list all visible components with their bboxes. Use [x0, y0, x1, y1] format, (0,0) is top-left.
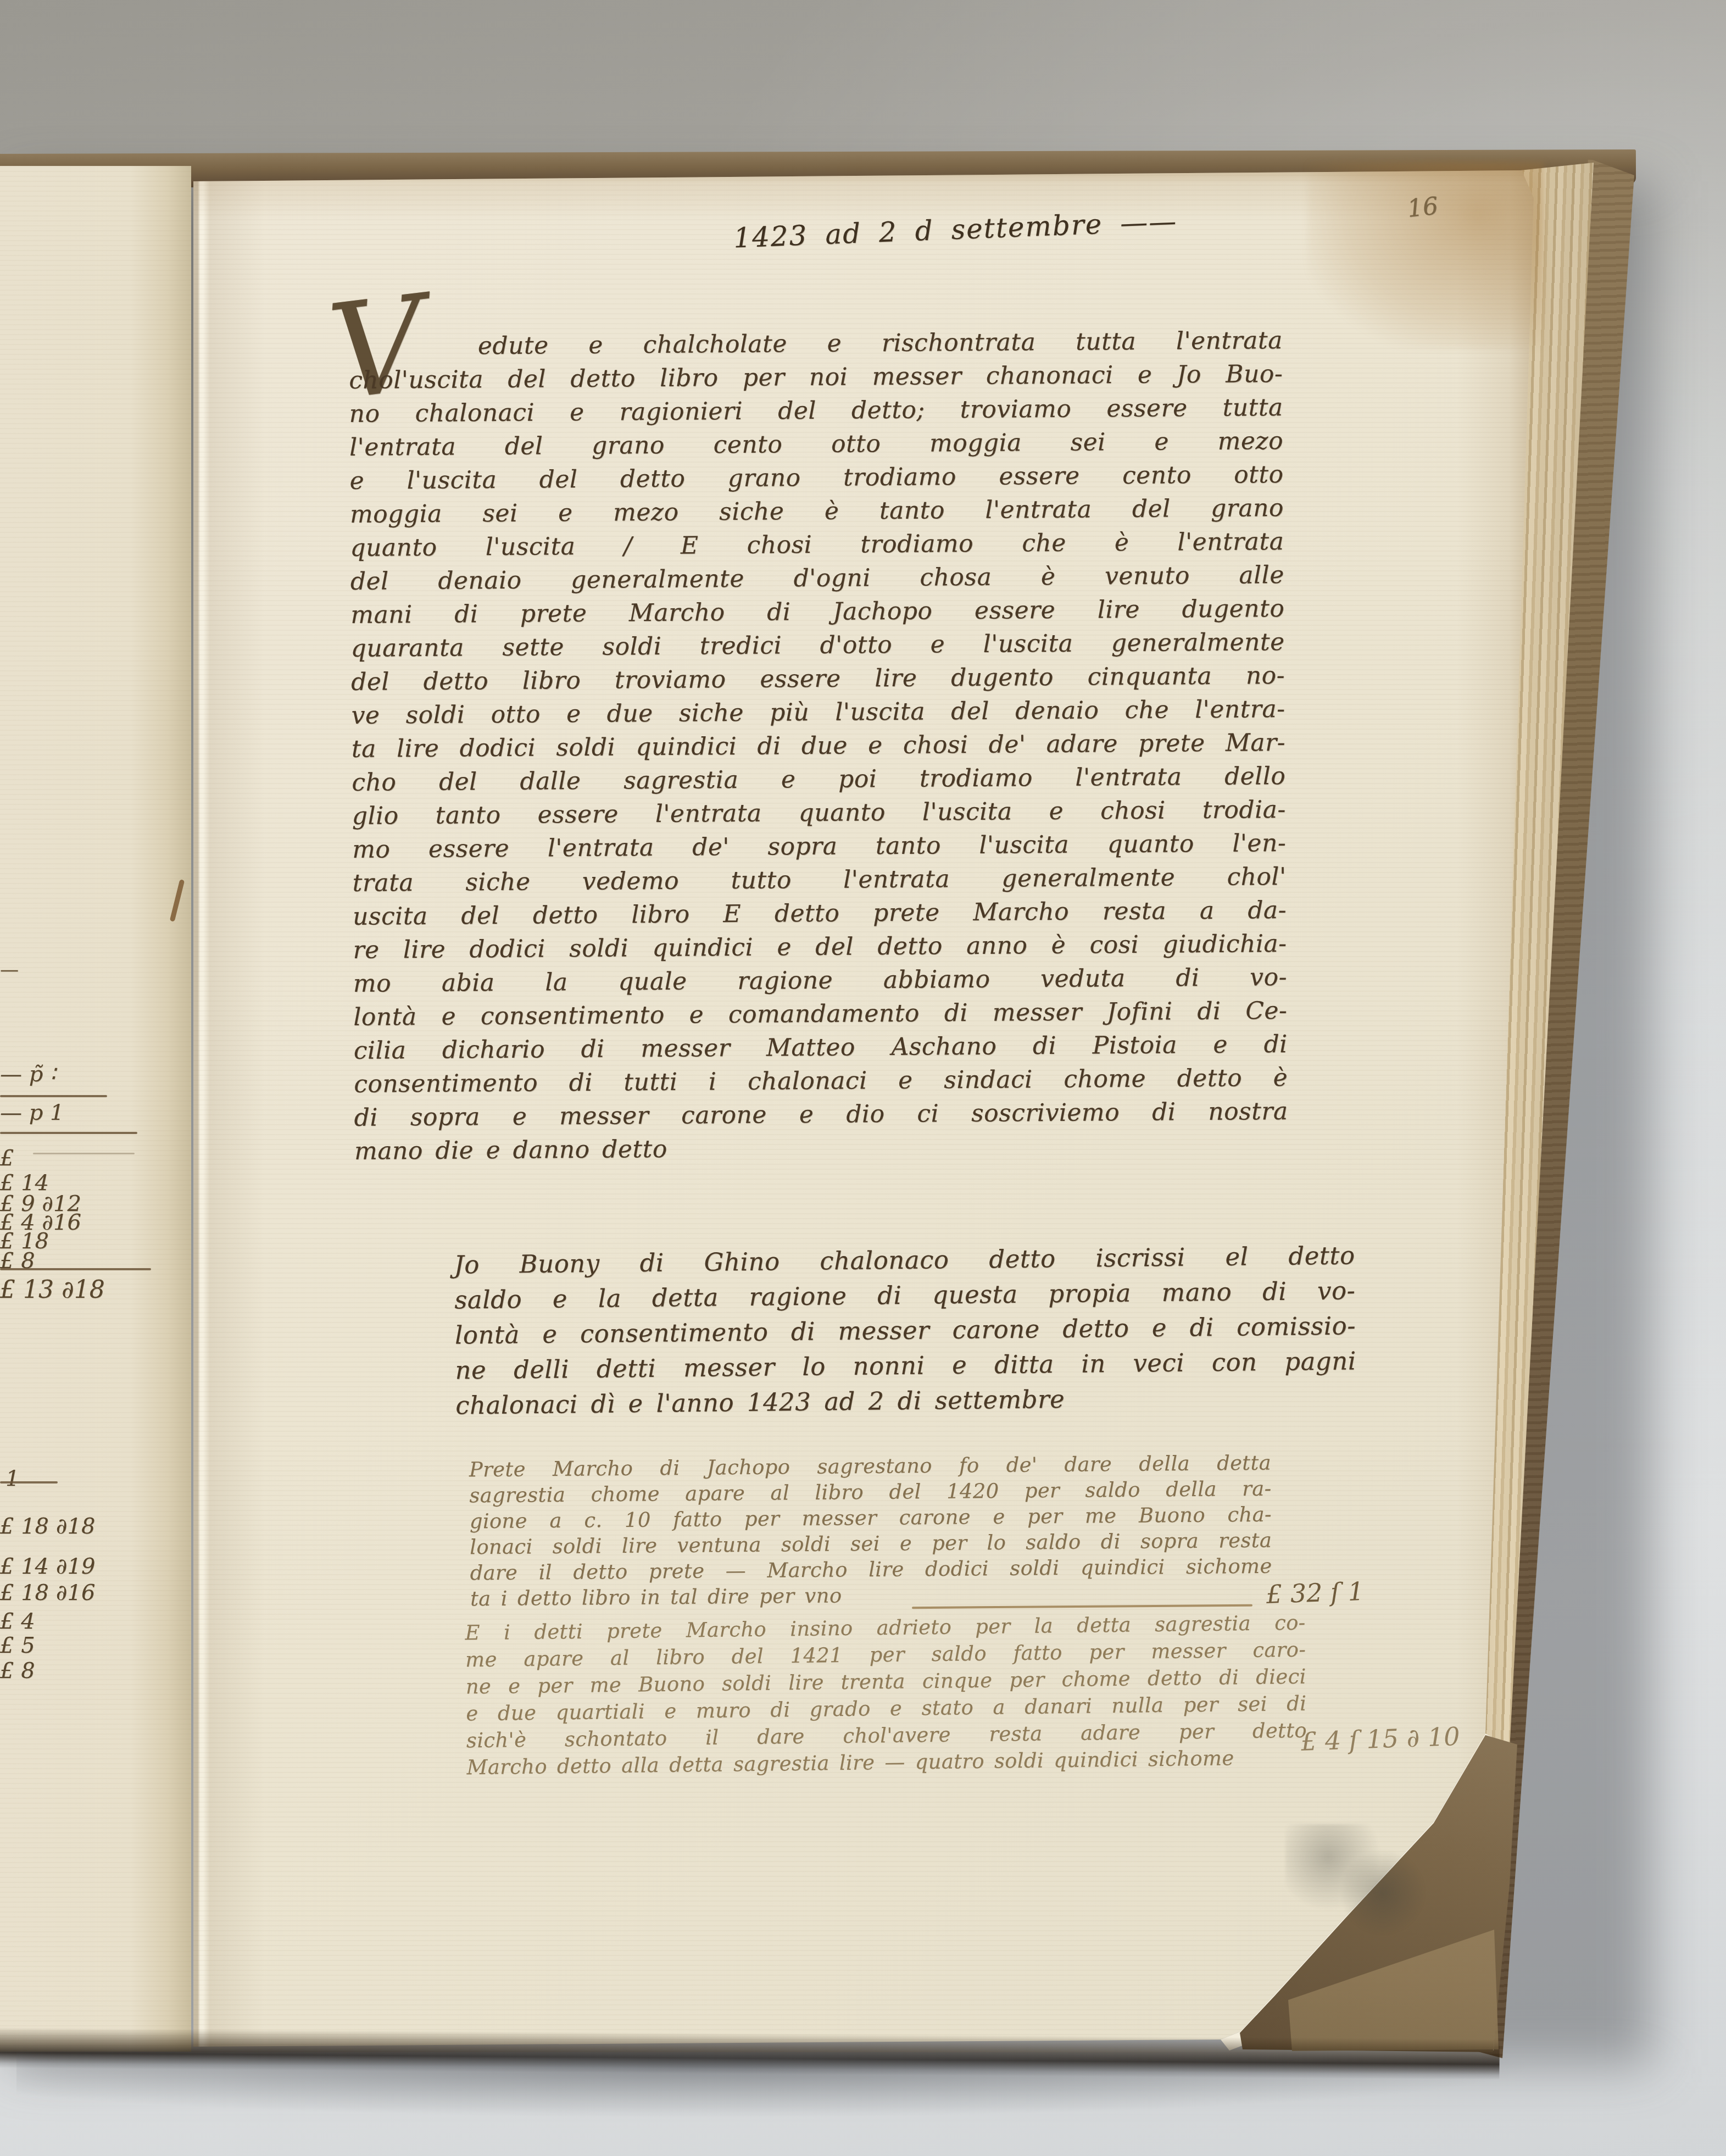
- text-line: ta i detto libro in tal dire per vno: [470, 1581, 968, 1612]
- margin-entry: — p̃ ∶: [0, 1062, 55, 1087]
- margin-entry: £ 18 ∂16: [0, 1580, 95, 1605]
- margin-entry: [33, 1153, 135, 1154]
- ledger-entry-2: E i detti prete Marcho insino adrieto pe…: [465, 1609, 1307, 1781]
- margin-entry: £ 8: [0, 1658, 35, 1683]
- margin-entry: £ 4: [0, 1609, 35, 1634]
- main-paragraph: edute e chalcholate e rischontrata tutta…: [349, 324, 1289, 1168]
- margin-entry: £: [0, 1146, 14, 1171]
- margin-entry: £ 5: [0, 1633, 35, 1658]
- margin-entry: £ 9 ∂12: [0, 1191, 81, 1216]
- entry-1-amount: £ 32 ſ 1: [1266, 1576, 1365, 1609]
- entry-2-amount: £ 4 ſ 15 ∂ 10: [1300, 1721, 1460, 1757]
- left-page: —— p̃ ∶— p 1££ 14£ 9 ∂12£ 4 ∂16£ 18£ 8£ …: [0, 166, 191, 2052]
- stain-top-right: [1307, 162, 1544, 349]
- margin-entry: £ 14 ∂19: [0, 1554, 95, 1579]
- ink-smudge: [1285, 1824, 1428, 1934]
- manuscript-photo: —— p̃ ∶— p 1££ 14£ 9 ∂12£ 4 ∂16£ 18£ 8£ …: [0, 0, 1726, 2156]
- margin-entry: 1: [5, 1466, 19, 1491]
- margin-entry: £ 18 ∂18: [0, 1514, 95, 1539]
- margin-entry: £ 13 ∂18: [0, 1276, 105, 1304]
- margin-entry: [0, 1132, 137, 1134]
- margin-entry: [0, 1095, 107, 1097]
- text-line: di sopra e messer carone e dio ci soscri…: [354, 1094, 1288, 1135]
- margin-entry: £ 18: [0, 1229, 49, 1254]
- margin-entry: £ 14: [0, 1170, 49, 1196]
- cast-shadow: [16, 2052, 1538, 2118]
- margin-entry: £ 4 ∂16: [0, 1210, 81, 1235]
- margin-entry: [0, 1481, 58, 1483]
- margin-entry: £ 8: [0, 1248, 35, 1274]
- margin-entry: — p 1: [0, 1100, 64, 1125]
- text-line: mano die e danno detto: [354, 1128, 1288, 1168]
- attestation-paragraph: Jo Buony di Ghino chalonaco detto iscris…: [454, 1238, 1356, 1423]
- margin-entry: [0, 1268, 151, 1270]
- margin-entry: —: [0, 959, 19, 981]
- folio-number: 16: [1406, 192, 1439, 223]
- ledger-entry-1: Prete Marcho di Jachopo sagrestano fo de…: [469, 1450, 1272, 1612]
- left-margin-amounts: —— p̃ ∶— p 1££ 14£ 9 ∂12£ 4 ∂16£ 18£ 8£ …: [0, 166, 191, 2052]
